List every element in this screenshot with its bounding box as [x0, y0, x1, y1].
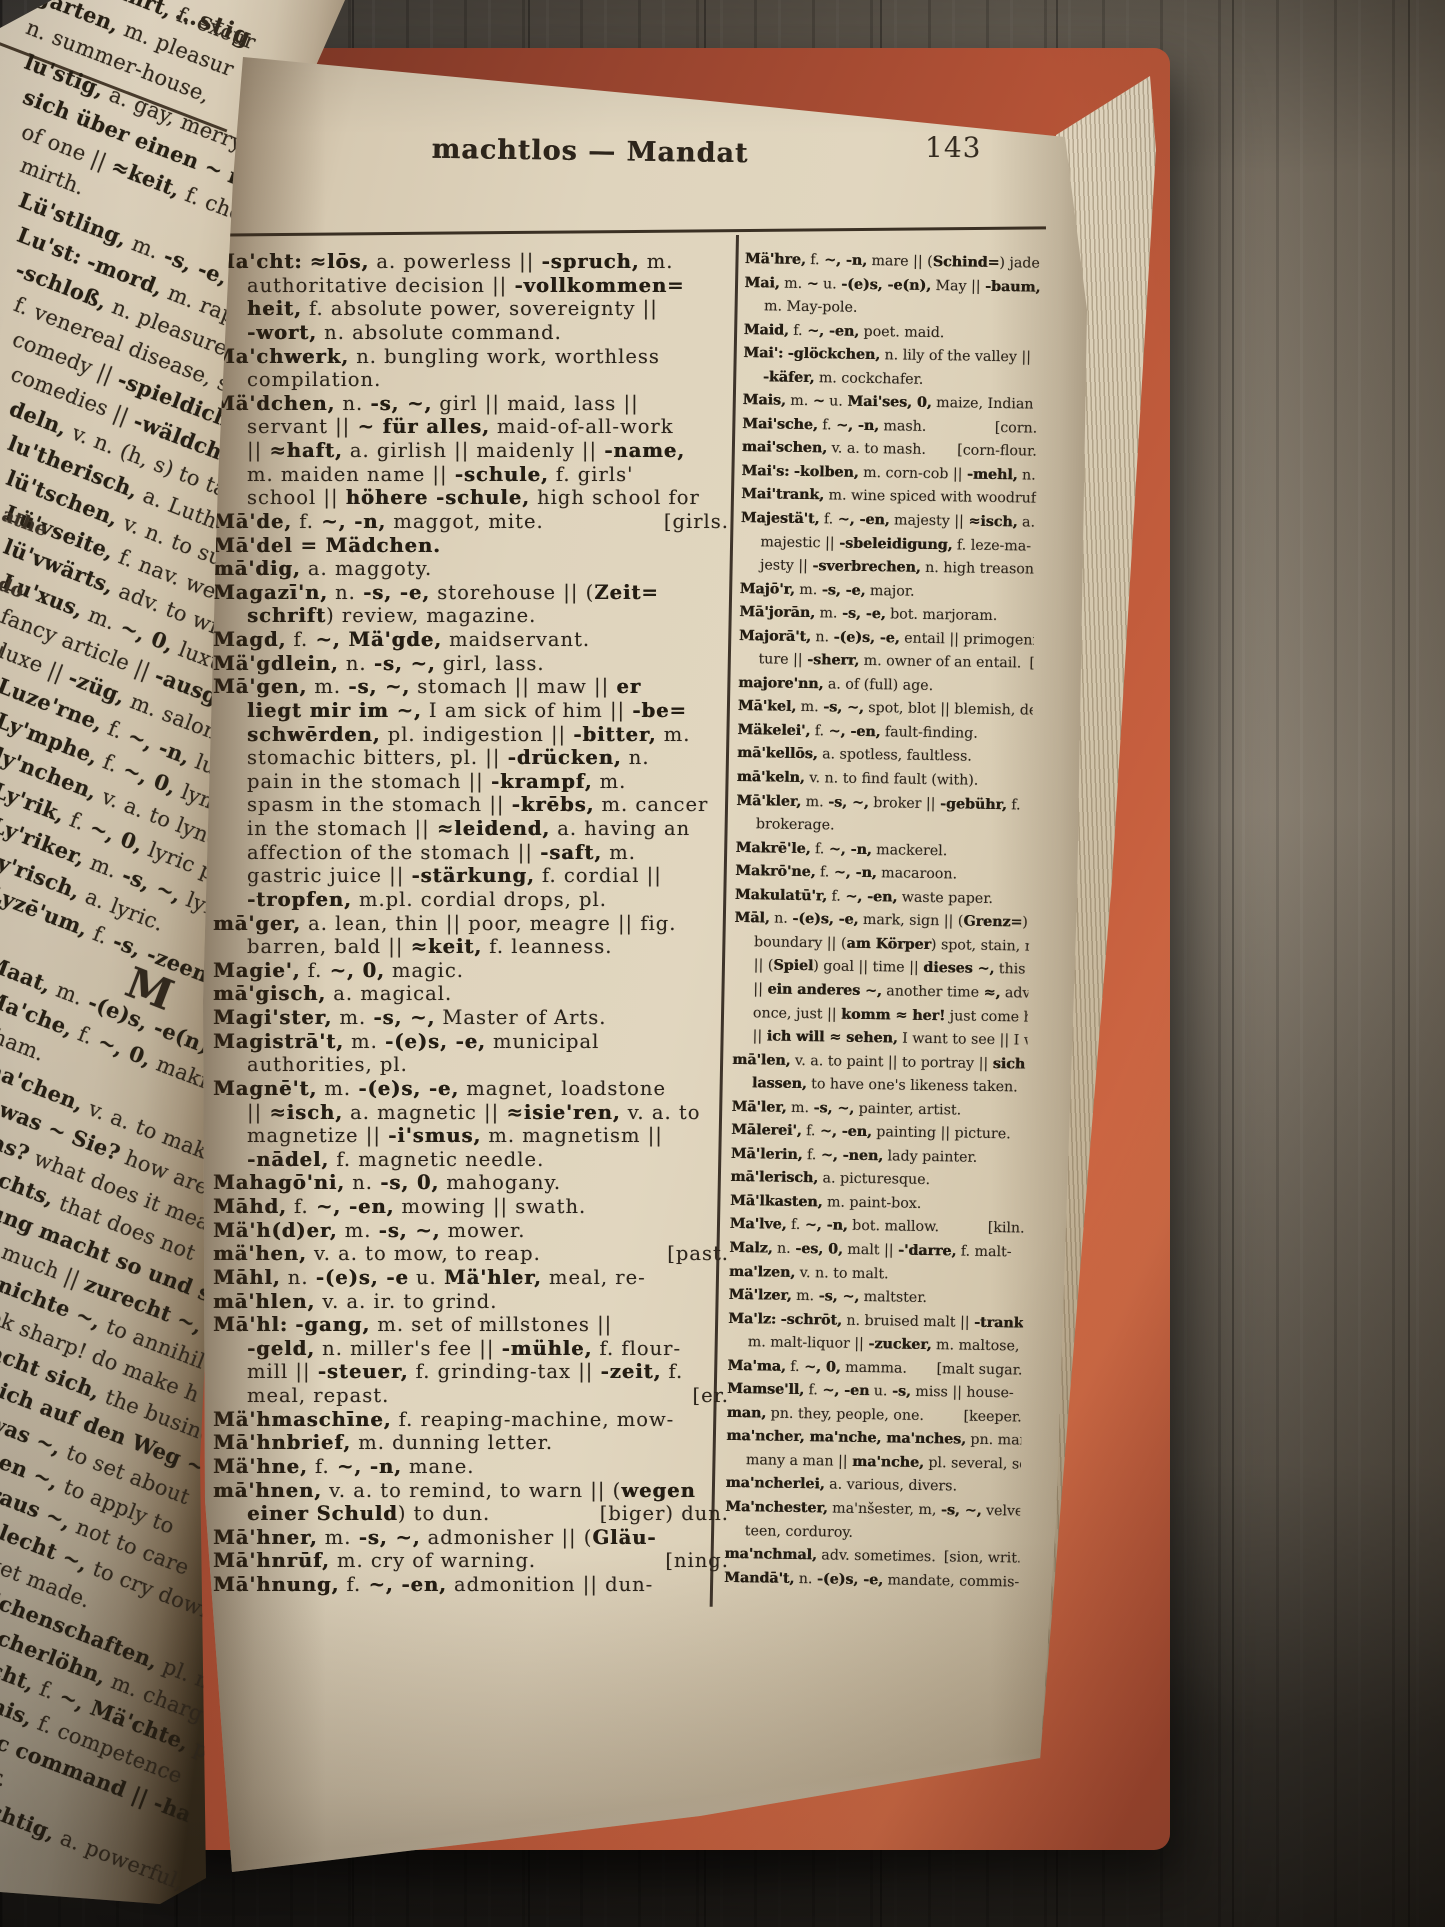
catchword: [ning. — [657, 1549, 729, 1573]
photo-of-open-dictionary: { "colors": { "paper": "#ddd1ba", "ink":… — [0, 0, 1445, 1927]
page-number: 143 — [925, 131, 981, 164]
dictionary-line: Mandā't, n. -(e)s, -e, mandate, commis- — [724, 1566, 1019, 1594]
catchword: [biger) dun. — [592, 1502, 729, 1526]
page-header-title: machtlos — Mandat — [420, 134, 760, 170]
catchword: [past. — [659, 1242, 729, 1266]
catchword: [er. — [684, 1384, 729, 1408]
catchword: [girls. — [656, 510, 729, 534]
header-rule — [212, 226, 1046, 236]
